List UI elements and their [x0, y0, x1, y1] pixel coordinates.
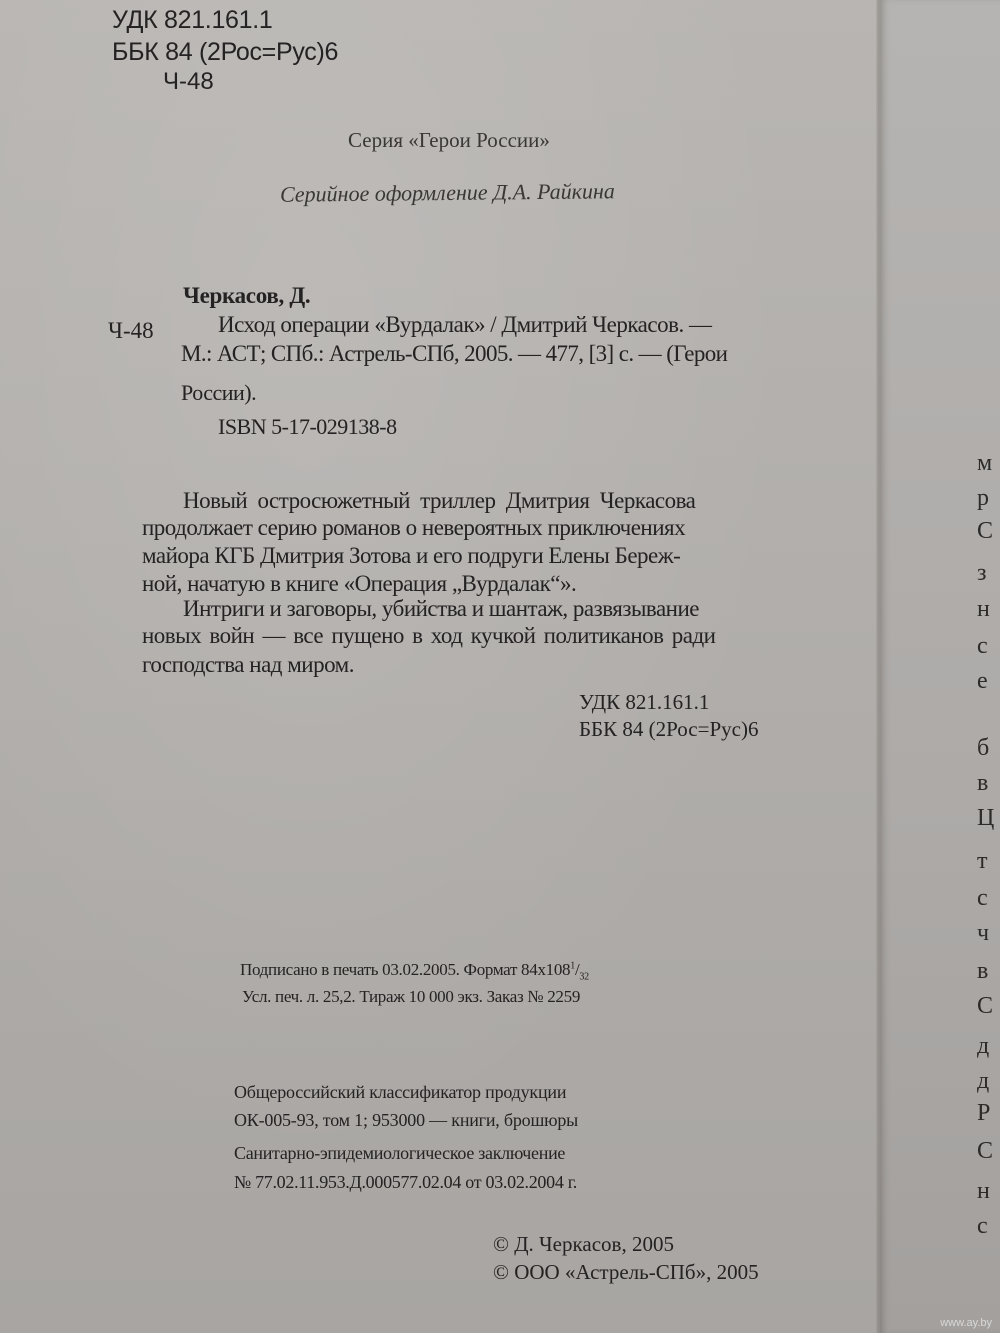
facing-page-letter: м [977, 450, 992, 477]
facing-page-letter: з [977, 560, 986, 587]
facing-page-letter: с [977, 1213, 988, 1240]
bib-line: М.: АСТ; СПб.: Астрель-СПб, 2005. — 477,… [181, 341, 727, 367]
abstract-line: господства над миром. [142, 652, 354, 678]
copyright-line: © Д. Черкасов, 2005 [493, 1232, 674, 1257]
facing-page-letter: с [977, 633, 988, 660]
abstract-line: майора КГБ Дмитрия Зотова и его подруги … [142, 543, 680, 569]
facing-page-letter: т [977, 848, 988, 875]
facing-page-letter: д [977, 1033, 989, 1060]
bbk-code-bottom: ББК 84 (2Рос=Рус)6 [579, 717, 758, 742]
abstract-line: Новый остросюжетный триллер Дмитрия Черк… [183, 488, 695, 514]
classifier-line: Общероссийский классификатор продукции [234, 1082, 566, 1103]
bib-author-code: Ч-48 [108, 318, 154, 344]
facing-page-letter: ч [977, 920, 989, 947]
facing-page-letter: Р [977, 1100, 990, 1127]
abstract-line: новых войн — все пущено в ход кучкой пол… [142, 623, 715, 649]
facing-page-letter: С [977, 993, 993, 1020]
print-info-line2: Усл. печ. л. 25,2. Тираж 10 000 экз. Зак… [242, 987, 580, 1007]
classifier-line: № 77.02.11.953.Д.000577.02.04 от 03.02.2… [234, 1172, 577, 1193]
format-fraction-denominator: 32 [579, 971, 588, 982]
classifier-line: Санитарно-эпидемиологическое заключение [234, 1143, 565, 1164]
watermark: www.ay.by [940, 1317, 992, 1329]
abstract-line: Интриги и заговоры, убийства и шантаж, р… [183, 596, 699, 622]
bib-author: Черкасов, Д. [183, 283, 310, 309]
facing-page-letter: Ц [977, 805, 994, 832]
bib-line: Исход операции «Вурдалак» / Дмитрий Черк… [218, 312, 711, 338]
abstract-line: продолжает серию романов о невероятных п… [142, 515, 685, 541]
facing-page-letter: е [977, 668, 988, 695]
facing-page-letter: р [977, 485, 989, 512]
print-info-line1: Подписано в печать 03.02.2005. Формат 84… [240, 960, 589, 982]
bib-line: России). [181, 380, 256, 406]
facing-page-letter: в [977, 770, 988, 797]
facing-page-letter: д [977, 1068, 989, 1095]
facing-page-letter: н [977, 1178, 990, 1205]
print-info-text: Подписано в печать 03.02.2005. Формат 84… [240, 960, 570, 979]
facing-page-letter: С [977, 1138, 993, 1165]
udk-code-bottom: УДК 821.161.1 [579, 690, 709, 715]
facing-page-text-edge: мрСзнсебвЦтсчвСддРСнс [977, 0, 1000, 1333]
author-code-top: Ч-48 [163, 68, 214, 96]
format-fraction-numerator: 1 [570, 960, 575, 971]
facing-page-letter: н [977, 596, 990, 623]
copyright-line: © ООО «Астрель-СПб», 2005 [493, 1260, 759, 1285]
bbk-code-top: ББК 84 (2Рос=Рус)6 [112, 38, 338, 67]
series-title: Серия «Герои России» [348, 128, 550, 153]
classifier-line: ОК-005-93, том 1; 953000 — книги, брошюр… [234, 1110, 578, 1131]
facing-page-letter: С [977, 518, 993, 545]
udk-code-top: УДК 821.161.1 [112, 6, 273, 35]
book-page-left: УДК 821.161.1 ББК 84 (2Рос=Рус)6 Ч-48 Се… [0, 0, 880, 1333]
design-credit: Серийное оформление Д.А. Райкина [280, 178, 615, 208]
facing-page-letter: с [977, 885, 988, 912]
facing-page-letter: в [977, 958, 988, 985]
isbn: ISBN 5-17-029138-8 [218, 414, 397, 440]
facing-page-letter: б [977, 735, 989, 762]
abstract-line: ной, начатую в книге «Операция „Вурдалак… [142, 571, 576, 597]
